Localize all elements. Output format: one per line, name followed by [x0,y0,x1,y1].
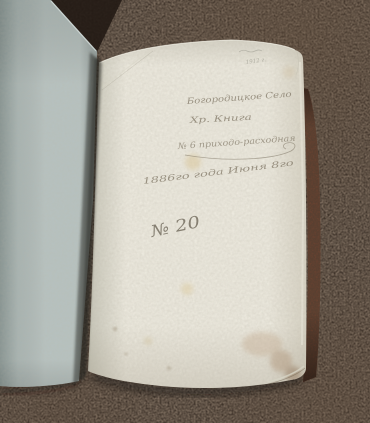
page-speck [113,327,117,331]
page-stain [181,283,193,295]
page-stain [144,337,152,345]
photo-antique-book: 1912 г. Богородицкое Село Хр. Книга № 6 … [0,0,370,423]
page-stain [283,66,295,78]
page-speck [167,366,171,370]
page-speck [125,353,128,356]
